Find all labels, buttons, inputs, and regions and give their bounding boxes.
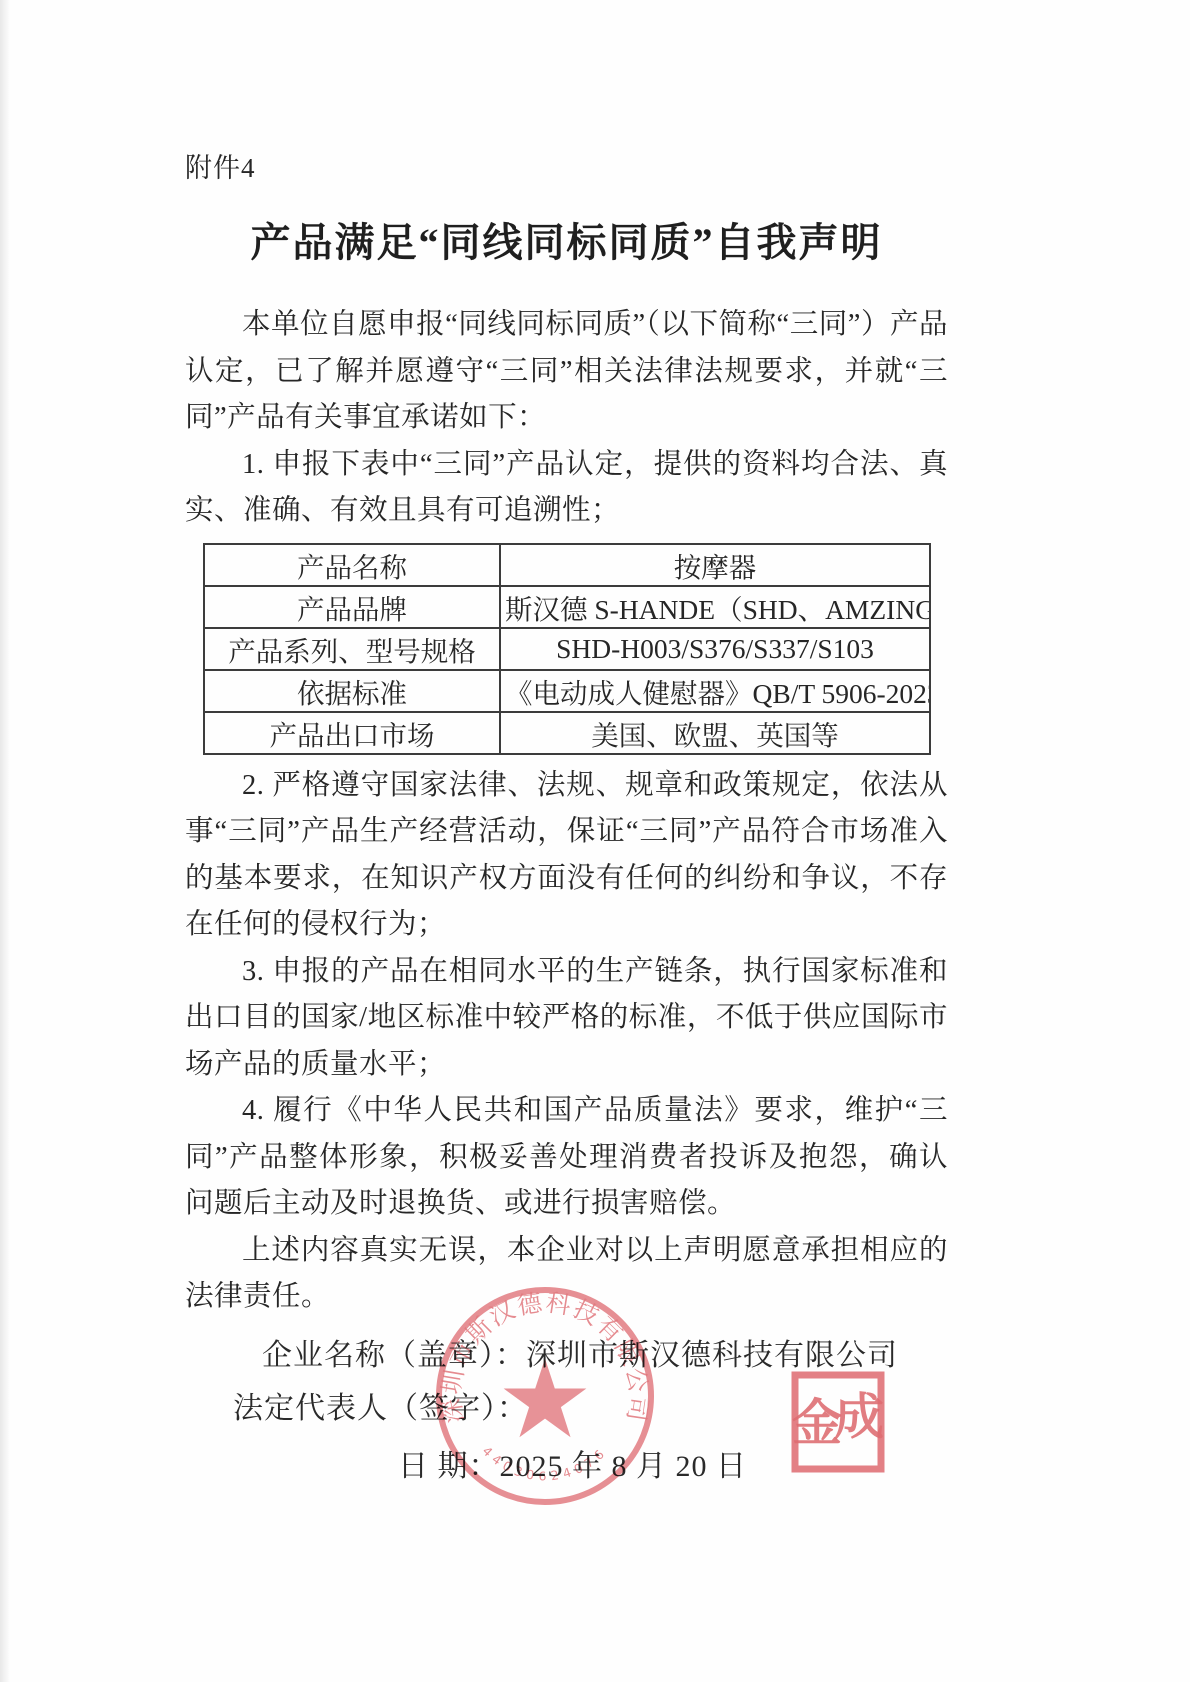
name-seal-border	[795, 1375, 881, 1469]
cell-value-export-market: 美国、欧盟、英国等	[500, 712, 930, 754]
cell-value-standard: 《电动成人健慰器》QB/T 5906-2023	[500, 670, 930, 712]
table-row-standard: 依据标准 《电动成人健慰器》QB/T 5906-2023	[204, 670, 930, 712]
legal-representative-label: 法定代表人（签字）：	[233, 1392, 528, 1425]
product-table: 产品名称 按摩器 产品品牌 斯汉德 S-HANDE（SHD、AMZINGTOY）…	[203, 543, 931, 755]
cell-label-standard: 依据标准	[204, 670, 500, 712]
name-seal-char-2: 成	[834, 1389, 884, 1445]
cell-value-product-name: 按摩器	[500, 544, 930, 586]
document-content: 附件4 产品满足“同线同标同质”自我声明 本单位自愿申报“同线同标同质”（以下简…	[0, 0, 1190, 1321]
cell-label-series-model: 产品系列、型号规格	[204, 628, 500, 670]
clause-4-paragraph: 4. 履行《中华人民共和国产品质量法》要求，维护“三同”产品整体形象，积极妥善处…	[185, 1088, 948, 1228]
product-table-body: 产品名称 按摩器 产品品牌 斯汉德 S-HANDE（SHD、AMZINGTOY）…	[204, 544, 930, 754]
date-line: 日 期：2025 年 8 月 20 日	[398, 1441, 747, 1485]
company-name-line: 企业名称（盖章）：深圳市斯汉德科技有限公司	[262, 1330, 898, 1374]
clause-2-paragraph: 2. 严格遵守国家法律、法规、规章和政策规定，依法从事“三同”产品生产经营活动，…	[185, 763, 948, 949]
table-row-export-market: 产品出口市场 美国、欧盟、英国等	[204, 712, 930, 754]
table-row-series-model: 产品系列、型号规格 SHD-H003/S376/S337/S103	[204, 628, 930, 670]
attachment-label: 附件4	[185, 146, 948, 185]
cell-value-series-model: SHD-H003/S376/S337/S103	[500, 628, 930, 670]
name-seal-stamp: 金 成	[790, 1370, 886, 1474]
page-title: 产品满足“同线同标同质”自我声明	[185, 211, 948, 268]
cell-label-product-name: 产品名称	[204, 544, 500, 586]
company-name-value: 深圳市斯汉德科技有限公司	[526, 1339, 898, 1372]
table-row-product-name: 产品名称 按摩器	[204, 544, 930, 586]
closing-paragraph: 上述内容真实无误，本企业对以上声明愿意承担相应的法律责任。	[185, 1228, 948, 1321]
cell-label-brand: 产品品牌	[204, 586, 500, 628]
cell-label-export-market: 产品出口市场	[204, 712, 500, 754]
intro-paragraph: 本单位自愿申报“同线同标同质”（以下简称“三同”）产品认定，已了解并愿遵守“三同…	[185, 302, 948, 442]
name-seal-char-1: 金	[792, 1395, 842, 1451]
clause-1-paragraph: 1. 申报下表中“三同”产品认定，提供的资料均合法、真实、准确、有效且具有可追溯…	[185, 442, 948, 535]
clause-3-paragraph: 3. 申报的产品在相同水平的生产链条，执行国家标准和出口目的国家/地区标准中较严…	[185, 949, 948, 1089]
company-name-label: 企业名称（盖章）：	[262, 1339, 526, 1372]
legal-representative-line: 法定代表人（签字）：	[233, 1383, 528, 1427]
document-page: 附件4 产品满足“同线同标同质”自我声明 本单位自愿申报“同线同标同质”（以下简…	[0, 0, 1190, 1682]
cell-value-brand: 斯汉德 S-HANDE（SHD、AMZINGTOY）	[500, 586, 930, 628]
table-row-brand: 产品品牌 斯汉德 S-HANDE（SHD、AMZINGTOY）	[204, 586, 930, 628]
